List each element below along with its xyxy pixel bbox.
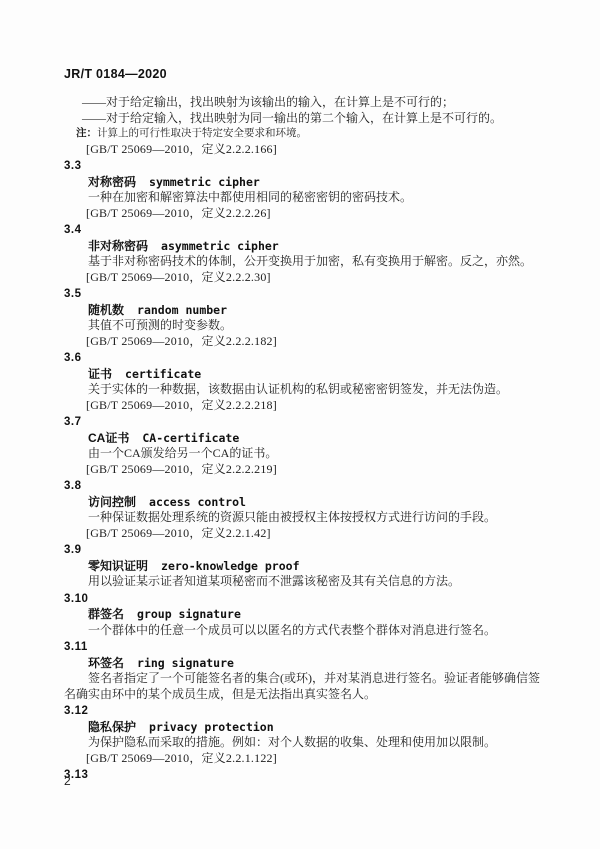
term-line: 非对称密码asymmetric cipher [64,239,542,255]
term-zh: 环签名 [88,656,124,670]
section-number: 3.9 [64,543,542,559]
term-section: 3.4 非对称密码asymmetric cipher 基于非对称密码技术的体制，… [64,223,542,285]
term-definition: 一个群体中的任意一个成员可以以匿名的方式代表整个群体对消息进行签名。 [64,623,542,639]
term-zh: 隐私保护 [88,720,136,734]
term-definition: 为保护隐私而采取的措施。例如：对个人数据的收集、处理和使用加以限制。 [64,735,542,751]
term-en: random number [137,303,227,317]
term-section: 3.10 群签名group signature 一个群体中的任意一个成员可以以匿… [64,592,542,639]
term-section: 3.5 随机数random number 其值不可预测的时变参数。 [GB/T … [64,287,542,349]
term-en: ring signature [137,656,234,670]
page-content: JR/T 0184—2020 ——对于给定输出，找出映射为该输出的输入，在计算上… [64,66,542,784]
term-line: 环签名ring signature [64,656,542,672]
term-en: privacy protection [149,720,274,734]
term-section: 3.8 访问控制access control 一种保证数据处理系统的资源只能由被… [64,479,542,541]
term-section: 3.9 零知识证明zero-knowledge proof 用以验证某示证者知道… [64,543,542,590]
term-zh: 访问控制 [88,495,136,509]
section-number: 3.3 [64,159,542,175]
section-number: 3.10 [64,592,542,608]
term-section: 3.3 对称密码symmetric cipher 一种在加密和解密算法中都使用相… [64,159,542,221]
section-number: 3.5 [64,287,542,303]
term-line: 证书certificate [64,367,542,383]
term-en: CA-certificate [142,431,239,445]
document-page: JR/T 0184—2020 ——对于给定输出，找出映射为该输出的输入，在计算上… [0,0,600,849]
term-en: certificate [125,367,201,381]
section-number: 3.11 [64,640,542,656]
note-line: 注：计算上的可行性取决于特定安全要求和环境。 [64,126,542,142]
page-number: 2 [64,774,71,788]
term-zh: CA证书 [88,431,129,445]
term-en: asymmetric cipher [161,239,279,253]
source-reference: [GB/T 25069—2010，定义2.2.2.26] [64,206,542,222]
section-number: 3.4 [64,223,542,239]
term-section: 3.6 证书certificate 关于实体的一种数据，该数据由认证机构的私钥或… [64,351,542,413]
section-number: 3.13 [64,768,542,784]
note-text: 计算上的可行性取决于特定安全要求和环境。 [97,128,307,139]
term-definition: 一种保证数据处理系统的资源只能由被授权主体按授权方式进行访问的手段。 [64,510,542,526]
term-zh: 随机数 [88,303,124,317]
source-reference: [GB/T 25069—2010，定义2.2.2.30] [64,270,542,286]
source-reference: [GB/T 25069—2010，定义2.2.2.166] [64,142,542,158]
dash-list-item: ——对于给定输入，找出映射为同一输出的第二个输入，在计算上是不可行的。 [64,111,542,127]
term-definition: 其值不可预测的时变参数。 [64,318,542,334]
term-line: 群签名group signature [64,607,542,623]
source-reference: [GB/T 25069—2010，定义2.2.1.122] [64,751,542,767]
source-reference: [GB/T 25069—2010，定义2.2.2.182] [64,334,542,350]
document-header: JR/T 0184—2020 [64,66,542,82]
term-en: group signature [137,607,241,621]
dash-list-item: ——对于给定输出，找出映射为该输出的输入，在计算上是不可行的； [64,95,542,111]
source-reference: [GB/T 25069—2010，定义2.2.1.42] [64,526,542,542]
term-zh: 对称密码 [88,175,136,189]
term-zh: 群签名 [88,607,124,621]
term-section: 3.13 [64,768,542,784]
term-line: CA证书CA-certificate [64,431,542,447]
note-label: 注： [76,127,97,139]
intro-section: ——对于给定输出，找出映射为该输出的输入，在计算上是不可行的； ——对于给定输入… [64,95,542,157]
term-zh: 零知识证明 [88,559,148,573]
term-section: 3.12 隐私保护privacy protection 为保护隐私而采取的措施。… [64,704,542,766]
term-line: 零知识证明zero-knowledge proof [64,559,542,575]
term-en: access control [149,495,246,509]
term-section: 3.11 环签名ring signature 签名者指定了一个可能签名者的集合(… [64,640,542,702]
term-definition: 用以验证某示证者知道某项秘密而不泄露该秘密及其有关信息的方法。 [64,574,542,590]
section-number: 3.6 [64,351,542,367]
section-number: 3.7 [64,415,542,431]
source-reference: [GB/T 25069—2010，定义2.2.2.219] [64,462,542,478]
term-definition: 签名者指定了一个可能签名者的集合(或环)，并对某消息进行签名。验证者能够确信签名… [64,671,542,702]
term-en: symmetric cipher [149,175,260,189]
term-line: 随机数random number [64,303,542,319]
section-number: 3.12 [64,704,542,720]
term-zh: 非对称密码 [88,239,148,253]
term-definition: 由一个CA颁发给另一个CA的证书。 [64,446,542,462]
term-section: 3.7 CA证书CA-certificate 由一个CA颁发给另一个CA的证书。… [64,415,542,477]
term-definition: 关于实体的一种数据，该数据由认证机构的私钥或秘密密钥签发，并无法伪造。 [64,382,542,398]
term-definition: 一种在加密和解密算法中都使用相同的秘密密钥的密码技术。 [64,190,542,206]
term-definition: 基于非对称密码技术的体制，公开变换用于加密，私有变换用于解密。反之，亦然。 [64,254,542,270]
term-en: zero-knowledge proof [161,559,299,573]
term-zh: 证书 [88,367,112,381]
term-line: 访问控制access control [64,495,542,511]
term-line: 隐私保护privacy protection [64,720,542,736]
section-number: 3.8 [64,479,542,495]
source-reference: [GB/T 25069—2010，定义2.2.2.218] [64,398,542,414]
term-line: 对称密码symmetric cipher [64,175,542,191]
